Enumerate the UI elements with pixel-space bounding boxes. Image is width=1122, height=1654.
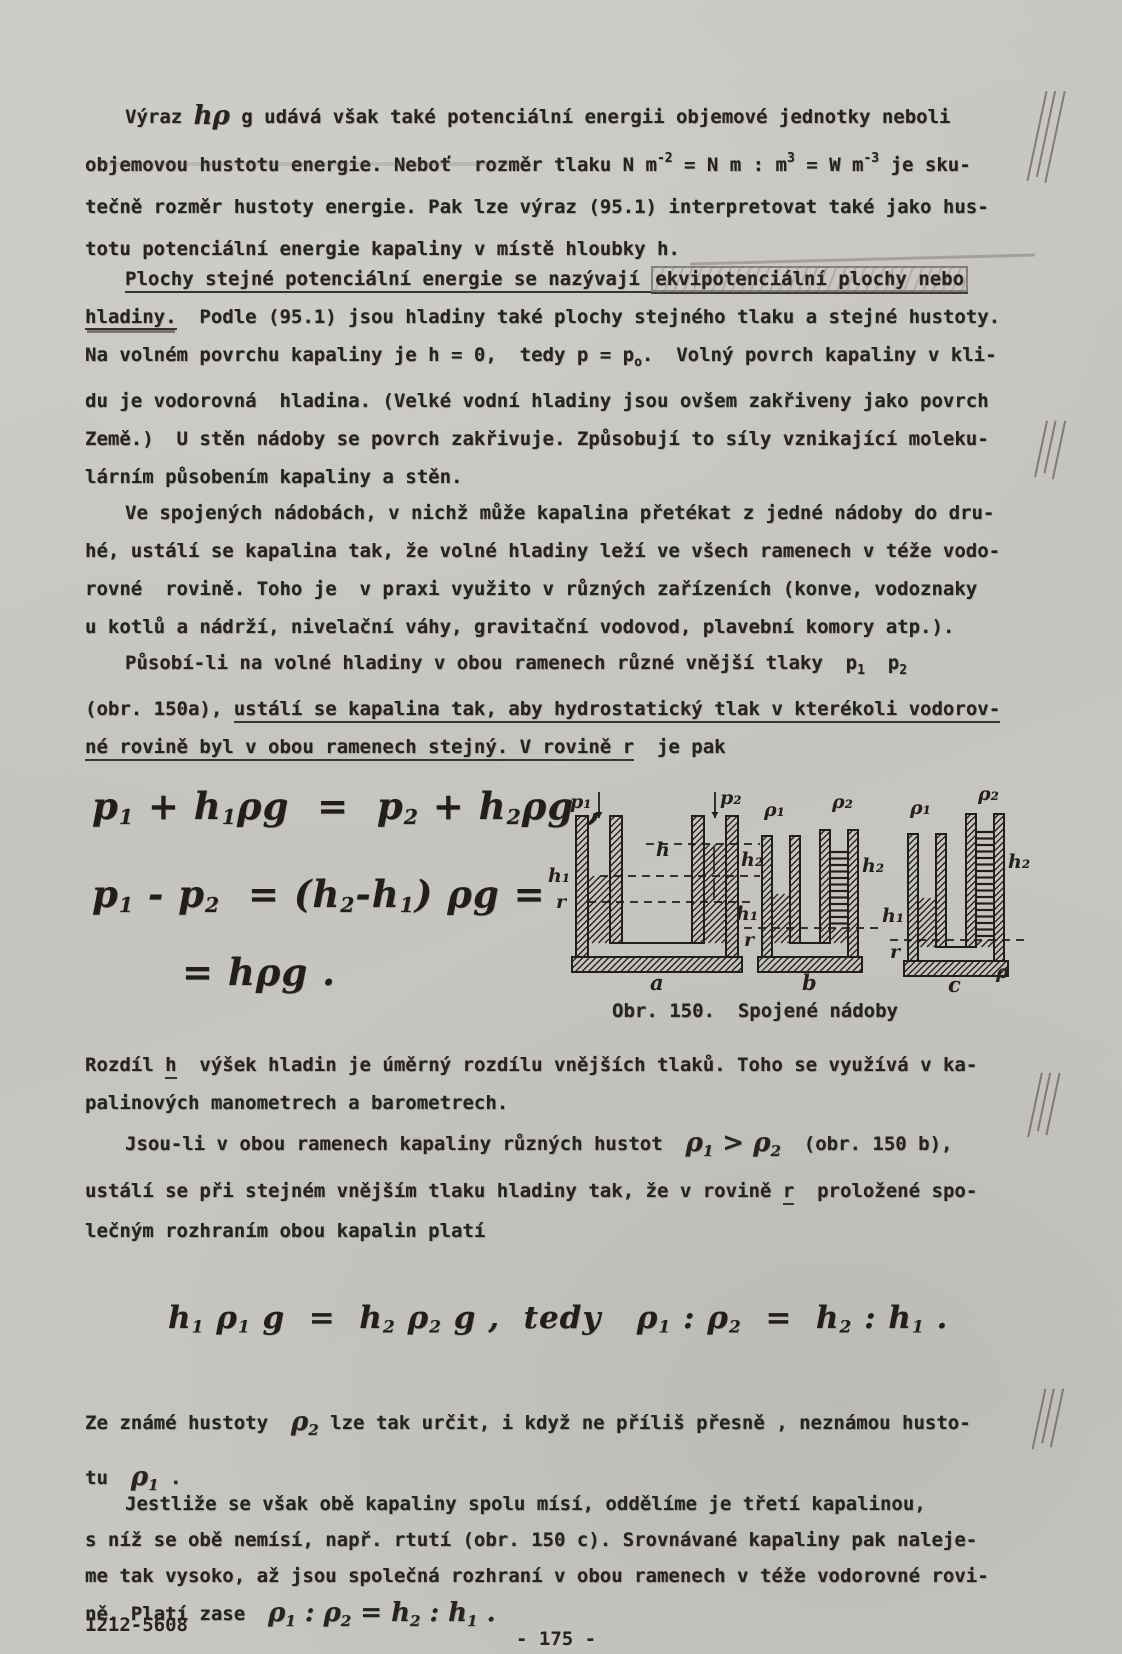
underlined-run: né rovině byl v obou ramenech stejný. V …	[85, 736, 634, 761]
hand-subscript: 1	[119, 893, 134, 917]
figure-label: h₂	[862, 855, 884, 877]
text-run: Jsou-li v obou ramenech kapaliny různých…	[125, 1133, 686, 1155]
hand-run: .	[477, 1598, 495, 1628]
figure-label: h₁	[548, 865, 570, 887]
figure-label: r	[556, 891, 568, 913]
margin-pencil-marks	[1038, 1388, 1058, 1450]
hand-subscript: 2	[839, 1317, 852, 1337]
text-run: Rozdíl	[85, 1054, 165, 1076]
handwritten-equation-2: p1 - p2 = (h2-h1) ρg =	[92, 872, 546, 917]
pencil-smear	[100, 162, 520, 166]
text-line: Výraz hρ g udává však také potenciální e…	[85, 94, 1045, 138]
figure-label: h	[656, 839, 670, 861]
text-run: g udává však také potenciální energii ob…	[230, 106, 951, 128]
hand-subscript: 1	[400, 893, 415, 917]
text-line: hladiny. Podle (95.1) jsou hladiny také …	[85, 298, 1045, 336]
hand-run: g , tedy ρ	[442, 1300, 658, 1336]
figure-label: h₁	[736, 903, 758, 925]
text-run: Jestliže se však obě kapaliny spolu mísí…	[125, 1493, 926, 1515]
text-run: me tak vysoko, až jsou společná rozhraní…	[85, 1565, 989, 1587]
underlined-run: h	[165, 1054, 176, 1079]
text-line: du je vodorovná hladina. (Velké vodní hl…	[85, 382, 1045, 420]
text-run: proložené spo-	[794, 1180, 977, 1202]
hand-subscript: 1	[658, 1317, 671, 1337]
text-run: ustálí se při stejném vnějším tlaku hlad…	[85, 1180, 783, 1202]
text-run: Ze známé hustoty	[85, 1412, 291, 1434]
hand-run: = h	[742, 1300, 840, 1336]
text-run: Na volném povrchu kapaliny je h = 0, ted…	[85, 344, 634, 366]
text-run: lze tak určit, i když ne příliš přesně ,…	[319, 1412, 971, 1434]
vessel-letter: b	[802, 970, 817, 995]
figure-label: h₂	[1008, 851, 1030, 873]
hand-run: + h	[134, 784, 222, 828]
hand-subscript: 2	[729, 1317, 742, 1337]
paragraph-p8: Jestliže se však obě kapaliny spolu mísí…	[85, 1486, 1045, 1639]
text-line: Ze známé hustoty ρ2 lze tak určit, i kdy…	[85, 1398, 1045, 1453]
hand-run: : h	[420, 1598, 467, 1628]
text-line: Jestliže se však obě kapaliny spolu mísí…	[85, 1486, 1045, 1522]
text-line: Ve spojených nádobách, v nichž může kapa…	[85, 494, 1045, 532]
hand-run: hρ	[194, 101, 230, 131]
margin-pencil-marks	[1034, 1072, 1054, 1138]
figure-label: ρ₁	[909, 797, 931, 819]
hand-subscript: 2	[770, 1142, 780, 1160]
text-run: Země.) U stěn nádoby se povrch zakřivuje…	[85, 428, 989, 450]
text-run: je sku-	[879, 154, 971, 176]
page-number: - 175 -	[516, 1628, 596, 1650]
text-run: s níž se obě nemísí, např. rtutí (obr. 1…	[85, 1529, 977, 1551]
scanned-page: Výraz hρ g udává však také potenciální e…	[0, 0, 1122, 1654]
hand-run: p	[92, 784, 119, 828]
figure-label: ρ₁	[763, 799, 785, 821]
hand-run: + h	[419, 784, 507, 828]
text-run: hé, ustálí se kapalina tak, že volné hla…	[85, 540, 1000, 562]
hand-subscript: 1	[703, 1142, 713, 1160]
subscript: 2	[899, 663, 907, 678]
hand-run: p	[92, 872, 119, 916]
figure-label: h₂	[741, 849, 763, 871]
hand-run: ρ	[268, 1598, 285, 1628]
hand-run: = (h	[220, 872, 340, 916]
paragraph-p5: Rozdíl h výšek hladin je úměrný rozdílu …	[85, 1046, 1045, 1122]
hand-subscript: 2	[404, 805, 419, 829]
subscript: 1	[857, 663, 865, 678]
text-run: tečně rozměr hustoty energie. Pak lze vý…	[85, 196, 989, 218]
figure-label: p₂	[720, 787, 742, 809]
vessel-c: ρ₁ρ₂h₂h₁rcρ	[882, 783, 1030, 997]
hand-subscript: 1	[238, 1317, 251, 1337]
text-line: Rozdíl h výšek hladin je úměrný rozdílu …	[85, 1046, 1045, 1084]
hand-subscript: 1	[192, 1317, 205, 1337]
hand-run: h	[168, 1300, 192, 1336]
vessel-letter: c	[948, 972, 961, 997]
hand-run: ρg = p	[237, 784, 404, 828]
text-run: rovné rovině. Toho je v praxi využito v …	[85, 578, 977, 600]
hand-run: - p	[134, 872, 205, 916]
text-run: Ve spojených nádobách, v nichž může kapa…	[125, 502, 994, 524]
figure-label: ρ	[995, 961, 1009, 983]
superscript: -3	[863, 151, 879, 166]
text-line: Země.) U stěn nádoby se povrch zakřivuje…	[85, 420, 1045, 458]
margin-pencil-marks	[1036, 90, 1056, 184]
underlined-run: Plochy stejné potenciální energie se naz…	[125, 268, 651, 293]
figure-caption: Obr. 150. Spojené nádoby	[612, 1000, 898, 1022]
handwritten-equation-4: h1 ρ1 g = h2 ρ2 g , tedy ρ1 : ρ2 = h2 : …	[168, 1300, 948, 1337]
text-run: lečným rozhraním obou kapalin platí	[85, 1220, 485, 1242]
hand-subscript: 2	[308, 1421, 318, 1439]
text-line: palinových manometrech a barometrech.	[85, 1084, 1045, 1122]
figure-label: h₁	[882, 905, 904, 927]
text-line: me tak vysoko, až jsou společná rozhraní…	[85, 1558, 1045, 1594]
vessel-letter: a	[650, 970, 664, 995]
figure-label: r	[890, 941, 902, 963]
hand-subscript: 1	[912, 1317, 925, 1337]
hand-subscript: 2	[410, 1612, 420, 1630]
hand-run: g = h	[251, 1300, 383, 1336]
superscript: 3	[787, 151, 795, 166]
text-line: tečně rozměr hustoty energie. Pak lze vý…	[85, 186, 1045, 228]
hand-subscript: 2	[340, 893, 355, 917]
hand-run: -h	[355, 872, 399, 916]
text-run: lárním působením kapaliny a stěn.	[85, 466, 463, 488]
text-run: (obr. 150a),	[85, 698, 234, 720]
underlined-run: hladiny.	[85, 306, 177, 330]
figure-label: p₁	[570, 791, 592, 813]
text-run: Výraz	[125, 106, 194, 128]
hand-run: ρ	[396, 1300, 429, 1336]
text-run: = W m	[795, 154, 864, 176]
text-run: totu potenciální energie kapaliny v míst…	[85, 238, 680, 260]
hand-run: = h	[351, 1598, 410, 1628]
text-run: Působí-li na volné hladiny v obou ramene…	[125, 652, 857, 674]
hand-run: ρ	[204, 1300, 237, 1336]
hand-subscript: 1	[467, 1612, 477, 1630]
figure-label: ρ₂	[831, 791, 853, 813]
print-code: 1212-5608	[85, 1614, 188, 1636]
text-run: = N m : m	[673, 154, 787, 176]
paragraph-p3: Ve spojených nádobách, v nichž může kapa…	[85, 494, 1045, 646]
text-line: u kotlů a nádrží, nivelační váhy, gravit…	[85, 608, 1045, 646]
text-run: u kotlů a nádrží, nivelační váhy, gravit…	[85, 616, 954, 638]
text-line: hé, ustálí se kapalina tak, že volné hla…	[85, 532, 1045, 570]
vessel-b: ρ₁ρ₂h₂h₁rb	[736, 791, 884, 995]
handwritten-equation-3: = hρg .	[182, 950, 336, 994]
text-line: lárním působením kapaliny a stěn.	[85, 458, 1045, 496]
pencil-stroke	[1044, 91, 1066, 183]
hand-run: > ρ	[713, 1128, 770, 1158]
text-line: (obr. 150a), ustálí se kapalina tak, aby…	[85, 690, 1045, 728]
hand-subscript: 2	[205, 893, 220, 917]
hand-subscript: 2	[507, 805, 522, 829]
handwritten-equation-1: p1 + h1ρg = p2 + h2ρg ,	[92, 784, 602, 829]
text-line: Jsou-li v obou ramenech kapaliny různých…	[85, 1122, 1045, 1171]
text-line: lečným rozhraním obou kapalin platí	[85, 1211, 1045, 1251]
text-line: Plochy stejné potenciální energie se naz…	[85, 260, 1045, 298]
text-line: né rovině byl v obou ramenech stejný. V …	[85, 728, 1045, 766]
text-run: . Volný povrch kapaliny v kli-	[642, 344, 997, 366]
superscript: -2	[657, 151, 673, 166]
hand-subscript: 1	[222, 805, 237, 829]
text-run: p	[865, 652, 899, 674]
underlined-run: r	[783, 1180, 794, 1205]
hand-run: : ρ	[296, 1598, 341, 1628]
hand-run: : ρ	[671, 1300, 729, 1336]
figure-150-diagram: p₁p₂hh₂h₁raρ₁ρ₂h₂h₁rbρ₁ρ₂h₂h₁rcρ	[548, 762, 1038, 1014]
hand-subscript: 2	[429, 1317, 442, 1337]
text-line: Působí-li na volné hladiny v obou ramene…	[85, 644, 1045, 690]
figure-label: ρ₂	[977, 783, 999, 805]
hand-subscript: 2	[341, 1612, 351, 1630]
text-line: s níž se obě nemísí, např. rtutí (obr. 1…	[85, 1522, 1045, 1558]
hand-run: ) ρg =	[415, 872, 546, 916]
text-run: (obr. 150 b),	[781, 1133, 953, 1155]
text-run: Podle (95.1) jsou hladiny také plochy st…	[177, 306, 1001, 328]
hand-run: ρ	[686, 1128, 703, 1158]
vessel-a: p₁p₂hh₂h₁ra	[548, 787, 763, 995]
hand-subscript: 2	[383, 1317, 396, 1337]
paragraph-p1: Výraz hρ g udává však také potenciální e…	[85, 94, 1045, 270]
text-run: palinových manometrech a barometrech.	[85, 1092, 508, 1114]
underlined-run: ustálí se kapalina tak, aby hydrostatick…	[234, 698, 1000, 723]
subscript: o	[634, 355, 642, 370]
hand-subscript: 1	[119, 805, 134, 829]
hand-run: : h	[852, 1300, 912, 1336]
text-line: ustálí se při stejném vnějším tlaku hlad…	[85, 1171, 1045, 1211]
text-run: je pak	[634, 736, 726, 758]
paragraph-p4: Působí-li na volné hladiny v obou ramene…	[85, 644, 1045, 766]
hand-run: .	[925, 1300, 949, 1336]
text-line: rovné rovině. Toho je v praxi využito v …	[85, 570, 1045, 608]
pencil-boxed-run: ekvipotenciální plochy nebo	[651, 266, 968, 292]
hand-subscript: 1	[285, 1612, 295, 1630]
hand-run: = hρg .	[182, 950, 336, 994]
figure-label: r	[744, 929, 756, 951]
text-run: výšek hladin je úměrný rozdílu vnějších …	[177, 1054, 978, 1076]
hand-run: ρ	[291, 1407, 308, 1437]
paragraph-p6: Jsou-li v obou ramenech kapaliny různých…	[85, 1122, 1045, 1251]
pencil-stroke	[1036, 91, 1056, 177]
text-line: Na volném povrchu kapaliny je h = 0, ted…	[85, 336, 1045, 382]
margin-pencil-marks	[1040, 420, 1060, 480]
text-run: du je vodorovná hladina. (Velké vodní hl…	[85, 390, 989, 412]
paragraph-p2: Plochy stejné potenciální energie se naz…	[85, 260, 1045, 496]
